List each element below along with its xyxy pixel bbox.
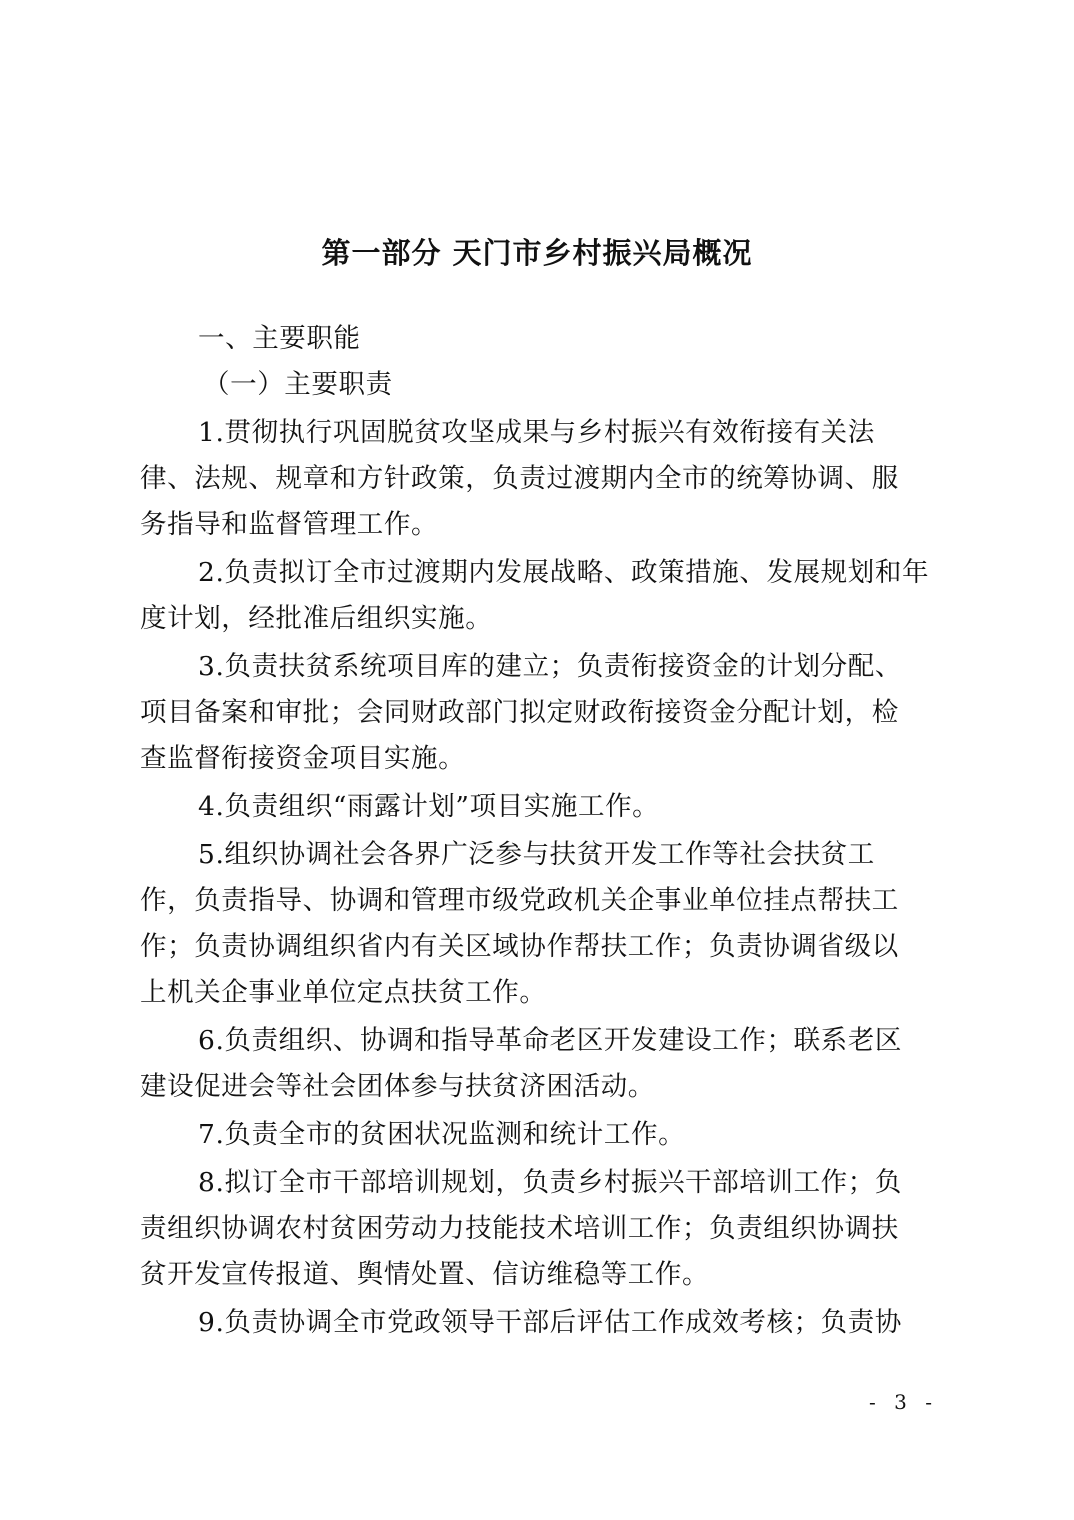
paragraph-line: 1.贯彻执行巩固脱贫攻坚成果与乡村振兴有效衔接有关法 [198,410,998,456]
paragraph-line: 律、法规、规章和方针政策，负责过渡期内全市的统筹协调、服 [140,456,940,502]
page-number: - 3 - [869,1390,938,1414]
page-title: 第一部分 天门市乡村振兴局概况 [0,228,1074,278]
paragraph-line: 3.负责扶贫系统项目库的建立；负责衔接资金的计划分配、 [198,644,998,690]
paragraph-line: 2.负责拟订全市过渡期内发展战略、政策措施、发展规划和年 [198,550,998,596]
paragraph-line: 责组织协调农村贫困劳动力技能技术培训工作；负责组织协调扶 [140,1206,940,1252]
section-heading: 一、主要职能 [198,316,998,362]
paragraph-line: 8.拟订全市干部培训规划，负责乡村振兴干部培训工作；负 [198,1160,998,1206]
paragraph-line: 作，负责指导、协调和管理市级党政机关企事业单位挂点帮扶工 [140,878,940,924]
paragraph-line: 上机关企事业单位定点扶贫工作。 [140,970,940,1016]
paragraph-line: 度计划，经批准后组织实施。 [140,596,940,642]
paragraph-line: 9.负责协调全市党政领导干部后评估工作成效考核；负责协 [198,1300,998,1346]
paragraph-line: 贫开发宣传报道、舆情处置、信访维稳等工作。 [140,1252,940,1298]
subsection-heading: （一）主要职责 [203,362,1003,408]
document-page: 第一部分 天门市乡村振兴局概况 一、主要职能 （一）主要职责 1.贯彻执行巩固脱… [0,0,1074,1520]
paragraph-line: 查监督衔接资金项目实施。 [140,736,940,782]
paragraph-line: 6.负责组织、协调和指导革命老区开发建设工作；联系老区 [198,1018,998,1064]
paragraph-line: 7.负责全市的贫困状况监测和统计工作。 [198,1112,998,1158]
paragraph-line: 务指导和监督管理工作。 [140,502,940,548]
paragraph-line: 项目备案和审批；会同财政部门拟定财政衔接资金分配计划，检 [140,690,940,736]
paragraph-line: 建设促进会等社会团体参与扶贫济困活动。 [140,1064,940,1110]
paragraph-line: 作；负责协调组织省内有关区域协作帮扶工作；负责协调省级以 [140,924,940,970]
paragraph-line: 5.组织协调社会各界广泛参与扶贫开发工作等社会扶贫工 [198,832,998,878]
paragraph-line: 4.负责组织“雨露计划”项目实施工作。 [198,784,998,830]
